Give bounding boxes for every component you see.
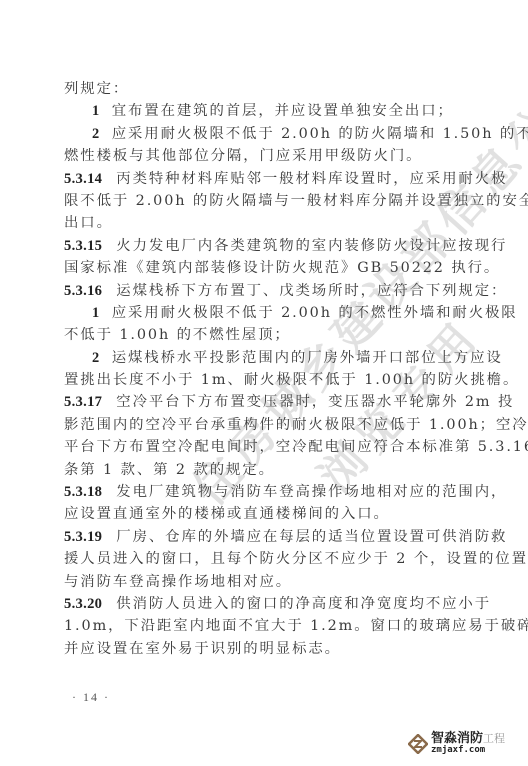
logo-suffix: 工程 bbox=[483, 732, 505, 745]
line-text: 运煤栈桥水平投影范围内的厂房外墙开口部位上方应设 bbox=[112, 350, 503, 366]
text-line: 燃性楼板与其他部位分隔，门应采用甲级防火门。 bbox=[64, 145, 454, 167]
clause-line: 5.3.19厂房、仓库的外墙应在每层的适当位置设置可供消防救 bbox=[64, 526, 454, 548]
text-line: 援人员进入的窗口，且每个防火分区不应少于 2 个，设置的位置应 bbox=[64, 548, 454, 570]
line-text: 出口。 bbox=[64, 215, 113, 231]
text-line: 限不低于 2.00h 的防火隔墙与一般材料库分隔并设置独立的安全 bbox=[64, 190, 454, 212]
item-line: 1应采用耐火极限不低于 2.00h 的不燃性外墙和耐火极限 bbox=[64, 302, 454, 324]
text-line: 条第 1 款、第 2 款的规定。 bbox=[64, 459, 454, 481]
line-text: 燃性楼板与其他部位分隔，门应采用甲级防火门。 bbox=[64, 148, 422, 164]
clause-line: 5.3.16运煤栈桥下方布置丁、戊类场所时，应符合下列规定： bbox=[64, 280, 454, 302]
line-text: 运煤栈桥下方布置丁、戊类场所时，应符合下列规定： bbox=[116, 283, 507, 299]
clause-number: 5.3.17 bbox=[64, 394, 102, 410]
line-text: 援人员进入的窗口，且每个防火分区不应少于 2 个，设置的位置应 bbox=[64, 551, 528, 567]
item-number: 1 bbox=[92, 103, 100, 119]
text-line: 置挑出长度不小于 1m、耐火极限不低于 1.00h 的防火挑檐。 bbox=[64, 369, 454, 391]
line-text: 与消防车登高操作场地相对应。 bbox=[64, 574, 292, 590]
clause-number: 5.3.15 bbox=[64, 238, 102, 254]
line-text: 厂房、仓库的外墙应在每层的适当位置设置可供消防救 bbox=[116, 529, 507, 545]
page-number: · 14 · bbox=[72, 690, 110, 705]
text-line: 应设置直通室外的楼梯或直通楼梯间的入口。 bbox=[64, 503, 454, 525]
line-text: 限不低于 2.00h 的防火隔墙与一般材料库分隔并设置独立的安全 bbox=[64, 193, 528, 209]
clause-number: 5.3.14 bbox=[64, 171, 102, 187]
clause-number: 5.3.18 bbox=[64, 484, 102, 500]
text-line: 影范围内的空冷平台承重构件的耐火极限不应低于 1.00h；空冷 bbox=[64, 414, 454, 436]
line-text: 影范围内的空冷平台承重构件的耐火极限不应低于 1.00h；空冷 bbox=[64, 417, 528, 433]
site-logo: 智淼消防工程 zmjaxf.com bbox=[408, 732, 505, 755]
line-text: 应采用耐火极限不低于 2.00h 的不燃性外墙和耐火极限 bbox=[112, 305, 518, 321]
line-text: 丙类特种材料库贴邻一般材料库设置时，应采用耐火极 bbox=[116, 171, 507, 187]
logo-name: 智淼消防 bbox=[431, 731, 483, 746]
clause-line: 5.3.20供消防人员进入的窗口的净高度和净宽度均不应小于 bbox=[64, 593, 454, 615]
clause-line: 5.3.18发电厂建筑物与消防车登高操作场地相对应的范围内， bbox=[64, 481, 454, 503]
line-text: 发电厂建筑物与消防车登高操作场地相对应的范围内， bbox=[116, 484, 507, 500]
line-text: 应采用耐火极限不低于 2.00h 的防火隔墙和 1.50h 的不 bbox=[112, 126, 528, 142]
line-text: 置挑出长度不小于 1m、耐火极限不低于 1.00h 的防火挑檐。 bbox=[64, 372, 519, 388]
line-text: 并应设置在室外易于识别的明显标志。 bbox=[64, 641, 341, 657]
item-line: 1宜布置在建筑的首层，并应设置单独安全出口； bbox=[64, 100, 454, 122]
text-line: 不低于 1.00h 的不燃性屋顶； bbox=[64, 324, 454, 346]
item-number: 2 bbox=[92, 126, 100, 142]
logo-icon bbox=[408, 734, 428, 754]
document-page: 列规定：1宜布置在建筑的首层，并应设置单独安全出口；2应采用耐火极限不低于 2.… bbox=[64, 78, 454, 660]
text-line: 1.0m，下沿距室内地面不宜大于 1.2m。窗口的玻璃应易于破碎， bbox=[64, 615, 454, 637]
line-text: 火力发电厂内各类建筑物的室内装修防火设计应按现行 bbox=[116, 238, 507, 254]
line-text: 国家标准《建筑内部装修设计防火规范》GB 50222 执行。 bbox=[64, 260, 500, 276]
line-text: 平台下方布置空冷配电间时，空冷配电间应符合本标准第 5.3.16 bbox=[64, 439, 528, 455]
item-number: 1 bbox=[92, 305, 100, 321]
item-line: 2运煤栈桥水平投影范围内的厂房外墙开口部位上方应设 bbox=[64, 347, 454, 369]
clause-line: 5.3.14丙类特种材料库贴邻一般材料库设置时，应采用耐火极 bbox=[64, 168, 454, 190]
item-line: 2应采用耐火极限不低于 2.00h 的防火隔墙和 1.50h 的不 bbox=[64, 123, 454, 145]
line-text: 应设置直通室外的楼梯或直通楼梯间的入口。 bbox=[64, 506, 390, 522]
text-line: 国家标准《建筑内部装修设计防火规范》GB 50222 执行。 bbox=[64, 257, 454, 279]
clause-line: 5.3.17空冷平台下方布置变压器时，变压器水平轮廓外 2m 投 bbox=[64, 391, 454, 413]
line-text: 列规定： bbox=[64, 81, 129, 97]
line-text: 条第 1 款、第 2 款的规定。 bbox=[64, 462, 275, 478]
logo-domain: zmjaxf.com bbox=[431, 746, 505, 755]
text-line: 列规定： bbox=[64, 78, 454, 100]
line-text: 供消防人员进入的窗口的净高度和净宽度均不应小于 bbox=[116, 596, 491, 612]
text-line: 并应设置在室外易于识别的明显标志。 bbox=[64, 638, 454, 660]
text-line: 与消防车登高操作场地相对应。 bbox=[64, 571, 454, 593]
line-text: 空冷平台下方布置变压器时，变压器水平轮廓外 2m 投 bbox=[116, 394, 514, 410]
text-line: 出口。 bbox=[64, 212, 454, 234]
line-text: 1.0m，下沿距室内地面不宜大于 1.2m。窗口的玻璃应易于破碎， bbox=[64, 618, 528, 634]
clause-line: 5.3.15火力发电厂内各类建筑物的室内装修防火设计应按现行 bbox=[64, 235, 454, 257]
clause-number: 5.3.20 bbox=[64, 596, 102, 612]
text-line: 平台下方布置空冷配电间时，空冷配电间应符合本标准第 5.3.16 bbox=[64, 436, 454, 458]
line-text: 不低于 1.00h 的不燃性屋顶； bbox=[64, 327, 291, 343]
clause-number: 5.3.19 bbox=[64, 529, 102, 545]
clause-number: 5.3.16 bbox=[64, 283, 102, 299]
line-text: 宜布置在建筑的首层，并应设置单独安全出口； bbox=[112, 103, 454, 119]
item-number: 2 bbox=[92, 350, 100, 366]
